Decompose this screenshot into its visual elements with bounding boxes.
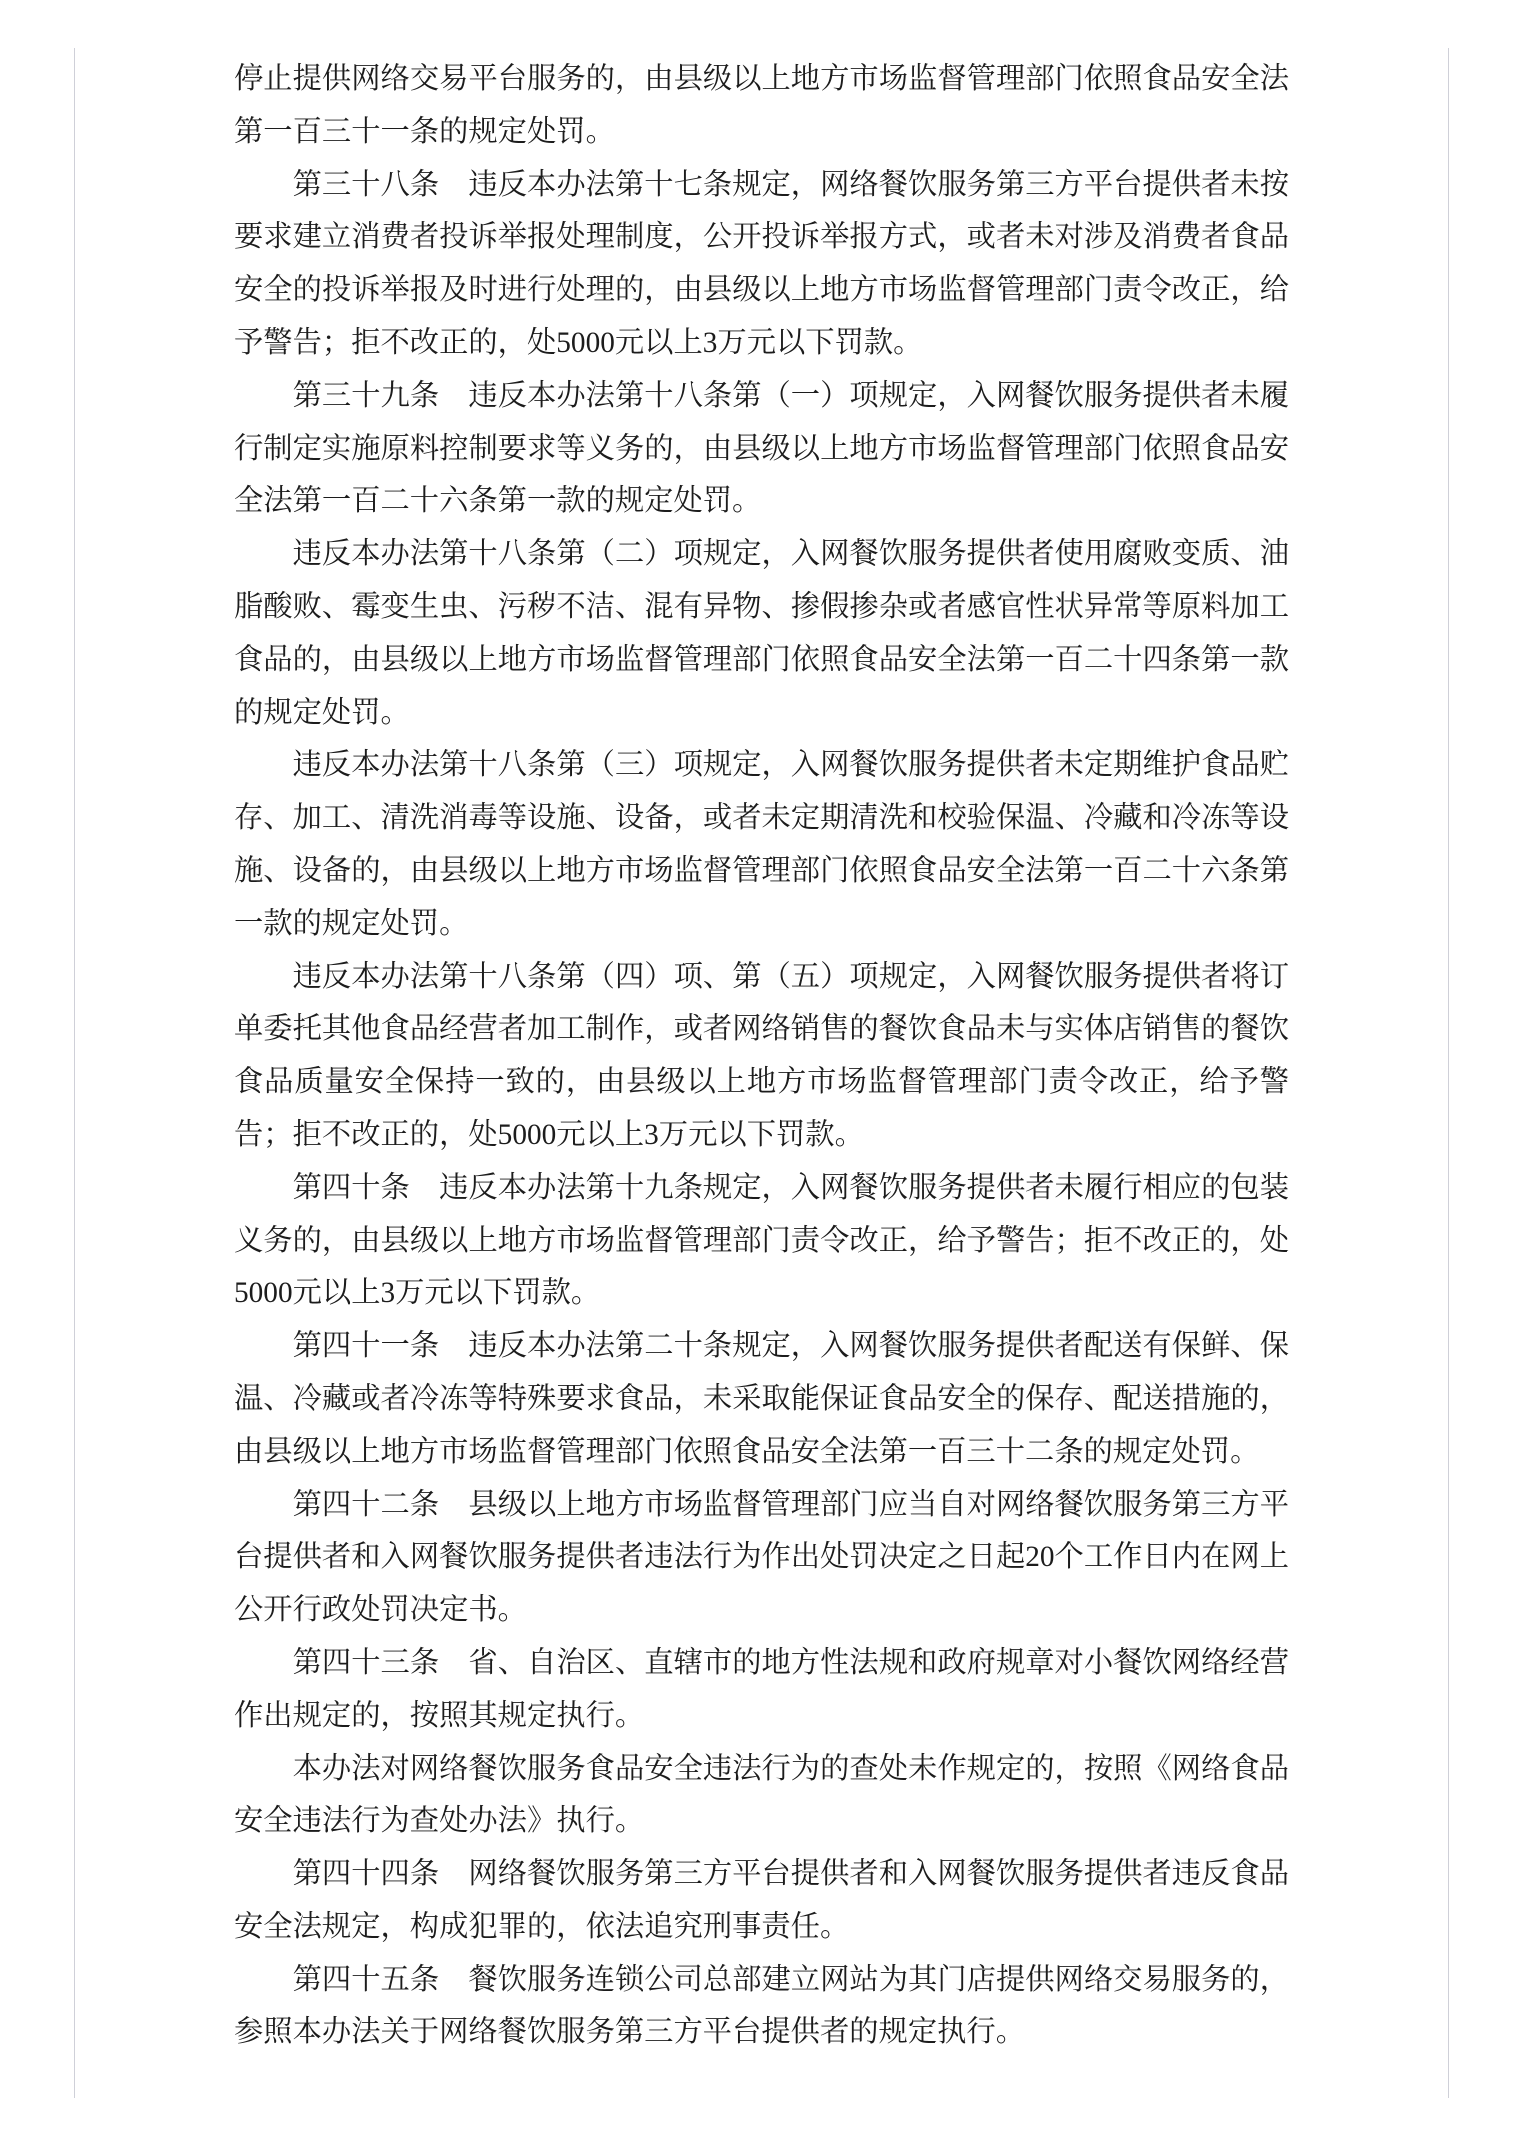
paragraph: 第三十八条 违反本办法第十七条规定，网络餐饮服务第三方平台提供者未按要求建立消费… [234, 159, 1289, 370]
paragraph: 违反本办法第十八条第（三）项规定，入网餐饮服务提供者未定期维护食品贮存、加工、清… [234, 739, 1289, 950]
paragraph: 第四十一条 违反本办法第二十条规定，入网餐饮服务提供者配送有保鲜、保温、冷藏或者… [234, 1320, 1289, 1478]
paragraph: 本办法对网络餐饮服务食品安全违法行为的查处未作规定的，按照《网络食品安全违法行为… [234, 1743, 1289, 1849]
paragraph: 第三十九条 违反本办法第十八条第（一）项规定，入网餐饮服务提供者未履行制定实施原… [234, 370, 1289, 528]
paragraph: 违反本办法第十八条第（四）项、第（五）项规定，入网餐饮服务提供者将订单委托其他食… [234, 951, 1289, 1162]
paragraph: 第四十条 违反本办法第十九条规定，入网餐饮服务提供者未履行相应的包装义务的，由县… [234, 1162, 1289, 1320]
paragraph: 停止提供网络交易平台服务的，由县级以上地方市场监督管理部门依照食品安全法第一百三… [234, 53, 1289, 159]
paragraph: 第四十四条 网络餐饮服务第三方平台提供者和入网餐饮服务提供者违反食品安全法规定，… [234, 1848, 1289, 1954]
paragraph: 违反本办法第十八条第（二）项规定，入网餐饮服务提供者使用腐败变质、油脂酸败、霉变… [234, 528, 1289, 739]
paragraph: 第四十五条 餐饮服务连锁公司总部建立网站为其门店提供网络交易服务的，参照本办法关… [234, 1954, 1289, 2060]
document-body: 停止提供网络交易平台服务的，由县级以上地方市场监督管理部门依照食品安全法第一百三… [234, 48, 1289, 2059]
paragraph: 第四十二条 县级以上地方市场监督管理部门应当自对网络餐饮服务第三方平台提供者和入… [234, 1479, 1289, 1637]
page: 停止提供网络交易平台服务的，由县级以上地方市场监督管理部门依照食品安全法第一百三… [74, 48, 1449, 2098]
document-page-view: 停止提供网络交易平台服务的，由县级以上地方市场监督管理部门依照食品安全法第一百三… [0, 0, 1520, 2150]
paragraph: 第四十三条 省、自治区、直辖市的地方性法规和政府规章对小餐饮网络经营作出规定的，… [234, 1637, 1289, 1743]
